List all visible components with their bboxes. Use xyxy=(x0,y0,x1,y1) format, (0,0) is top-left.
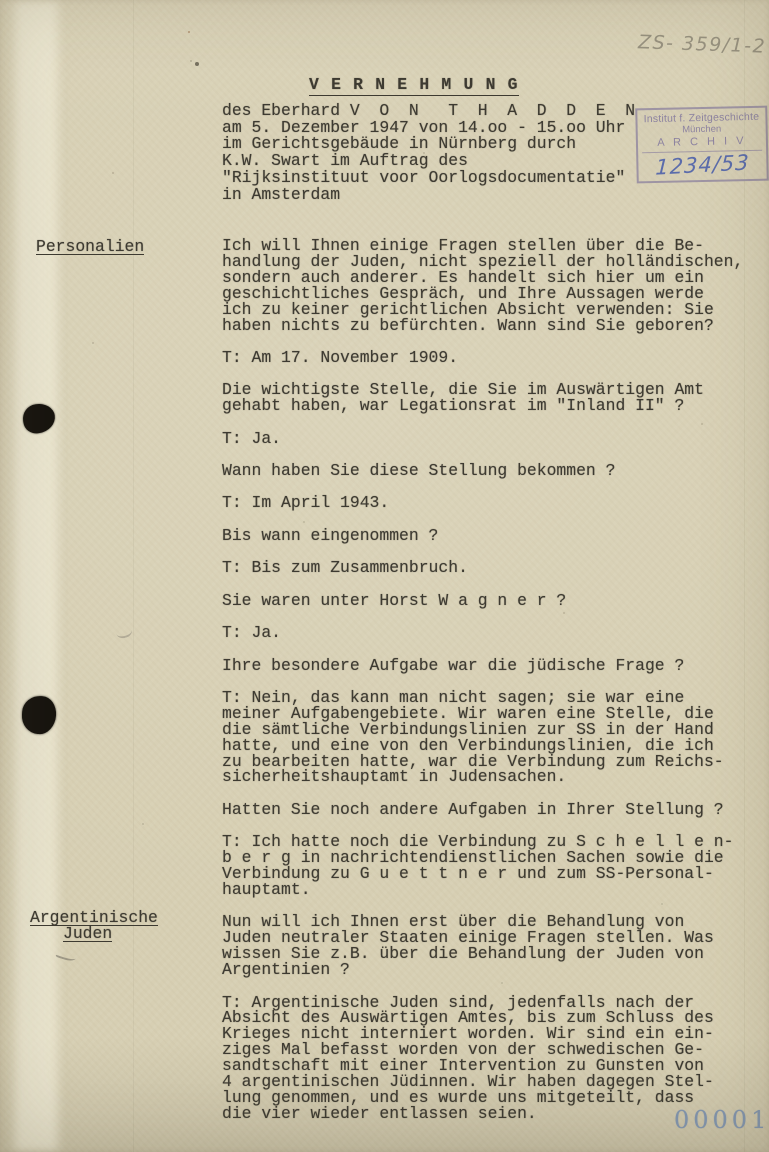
margin-label-personalien: Personalien xyxy=(36,239,144,255)
answer-paragraph: T: Am 17. November 1909. xyxy=(222,350,767,366)
margin-label-line-2: Juden xyxy=(63,926,160,942)
question-paragraph: Hatten Sie noch andere Aufgaben in Ihrer… xyxy=(222,802,767,818)
question-paragraph: Die wichtigste Stelle, die Sie im Auswär… xyxy=(222,382,767,414)
page-number-stamp: 00001 xyxy=(674,1106,769,1134)
document-page: ZS- 359/1-2 Institut f. Zeitgeschichte M… xyxy=(0,0,769,1152)
answer-paragraph: T: Argentinische Juden sind, jedenfalls … xyxy=(222,995,767,1122)
margin-label-text: Personalien xyxy=(36,239,144,255)
question-paragraph: Nun will ich Ihnen erst über die Behandl… xyxy=(222,914,767,978)
paper-speckles xyxy=(0,0,2,2)
left-binding-band xyxy=(14,0,58,1152)
answer-paragraph: T: Nein, das kann man nicht sagen; sie w… xyxy=(222,690,767,785)
answer-paragraph: T: Ja. xyxy=(222,625,767,641)
answer-paragraph: T: Ja. xyxy=(222,431,767,447)
answer-paragraph: T: Ich hatte noch die Verbindung zu S c … xyxy=(222,834,767,898)
question-paragraph: Ich will Ihnen einige Fragen stellen übe… xyxy=(222,238,767,333)
question-paragraph: Sie waren unter Horst W a g n e r ? xyxy=(222,593,767,609)
pencil-smudge-mark xyxy=(115,624,133,640)
archive-reference-handwritten: ZS- 359/1-2 xyxy=(638,31,769,59)
question-paragraph: Ihre besondere Aufgabe war die jüdische … xyxy=(222,658,767,674)
paper-fold-line xyxy=(133,0,134,1152)
margin-label-argentinische-juden: Argentinische Juden xyxy=(30,910,160,942)
answer-paragraph: T: Im April 1943. xyxy=(222,495,767,511)
answer-paragraph: T: Bis zum Zusammenbruch. xyxy=(222,560,767,576)
question-paragraph: Wann haben Sie diese Stellung bekommen ? xyxy=(222,463,767,479)
pencil-tick-mark xyxy=(55,949,76,963)
interrogation-transcript: Ich will Ihnen einige Fragen stellen übe… xyxy=(222,238,767,1138)
question-paragraph: Bis wann eingenommen ? xyxy=(222,528,767,544)
document-header: des Eberhard V O N T H A D D E N am 5. D… xyxy=(222,103,682,203)
page-title: V E R N E H M U N G xyxy=(309,75,519,96)
